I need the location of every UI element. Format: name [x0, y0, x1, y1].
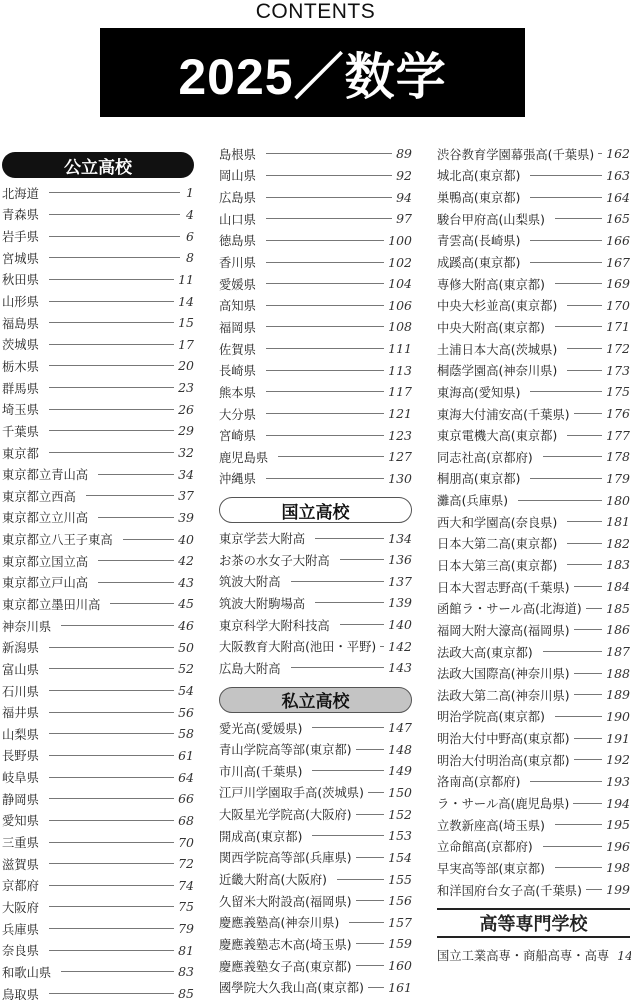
- toc-entry[interactable]: 高知県106: [219, 294, 412, 316]
- public-list-b: 島根県89岡山県92広島県94山口県97徳島県100香川県102愛媛県104高知…: [219, 143, 412, 489]
- entry-name: 大分県: [219, 405, 256, 423]
- entry-name: 岡山県: [219, 166, 256, 184]
- toc-entry[interactable]: 駿台甲府高(山梨県)165: [437, 208, 630, 230]
- entry-page-number: 11: [178, 272, 194, 287]
- toc-entry[interactable]: 大阪星光学院高(大阪府)152: [219, 803, 412, 825]
- toc-entry[interactable]: 鹿児島県127: [219, 446, 412, 468]
- toc-entry[interactable]: 宮城県8: [2, 247, 194, 269]
- toc-entry[interactable]: 山梨県58: [2, 723, 194, 745]
- toc-entry[interactable]: 明治大付明治高(東京都)192: [437, 749, 630, 771]
- leader-line: [356, 965, 385, 966]
- toc-entry[interactable]: 東京学芸大附高134: [219, 527, 412, 549]
- entry-page-number: 198: [606, 860, 630, 875]
- entry-page-number: 42: [178, 553, 194, 568]
- toc-entry[interactable]: 福岡県108: [219, 316, 412, 338]
- toc-entry[interactable]: 福井県56: [2, 701, 194, 723]
- entry-page-number: 46: [178, 618, 194, 633]
- entry-name: 和歌山県: [2, 963, 51, 981]
- toc-entry[interactable]: 慶應義塾高(神奈川県)157: [219, 912, 412, 934]
- toc-entry[interactable]: 青山学院高等部(東京都)148: [219, 738, 412, 760]
- leader-line: [266, 262, 384, 263]
- leader-line: [49, 322, 174, 323]
- entry-page-number: 187: [606, 644, 630, 659]
- entry-page-number: 85: [178, 986, 194, 1000]
- toc-entry[interactable]: 大分県121: [219, 403, 412, 425]
- entry-page-number: 104: [388, 276, 412, 291]
- entry-name: 茨城県: [2, 335, 39, 353]
- entry-name: 立命館高(京都府): [437, 837, 533, 855]
- entry-name: 石川県: [2, 682, 39, 700]
- private-list-b: 渋谷教育学園幕張高(千葉県)162城北高(東京都)163巣鴨高(東京都)164駿…: [437, 143, 630, 900]
- toc-entry[interactable]: 長崎県113: [219, 359, 412, 381]
- kosen-list: 国立工業高専・商船高専・高専145: [437, 944, 630, 966]
- leader-line: [356, 814, 385, 815]
- leader-line: [49, 236, 180, 237]
- entry-name: 関西学院高等部(兵庫県): [219, 848, 352, 866]
- entry-page-number: 154: [388, 850, 412, 865]
- toc-entry[interactable]: 関西学院高等部(兵庫県)154: [219, 847, 412, 869]
- toc-entry[interactable]: 徳島県100: [219, 230, 412, 252]
- entry-name: 長崎県: [219, 361, 256, 379]
- toc-entry[interactable]: 和洋国府台女子高(千葉県)199: [437, 879, 630, 901]
- entry-page-number: 83: [178, 964, 194, 979]
- entry-page-number: 50: [178, 640, 194, 655]
- entry-name: 東海大付浦安高(千葉県): [437, 405, 570, 423]
- entry-name: 愛媛県: [219, 275, 256, 293]
- toc-entry[interactable]: 東京都立八王子東高40: [2, 528, 194, 550]
- entry-page-number: 70: [178, 835, 194, 850]
- toc-entry[interactable]: 神奈川県46: [2, 615, 194, 637]
- toc-entry[interactable]: 専修大附高(東京都)169: [437, 273, 630, 295]
- entry-name: 久留米大附設高(福岡県): [219, 892, 352, 910]
- entry-page-number: 184: [606, 579, 630, 594]
- entry-name: 桐朋高(東京都): [437, 469, 520, 487]
- toc-entry[interactable]: 富山県52: [2, 658, 194, 680]
- entry-name: 中央大杉並高(東京都): [437, 296, 557, 314]
- entry-page-number: 106: [388, 298, 412, 313]
- toc-entry[interactable]: 日本大第二高(東京都)182: [437, 533, 630, 555]
- leader-line: [555, 716, 602, 717]
- toc-entry[interactable]: 東京都32: [2, 442, 194, 464]
- entry-page-number: 89: [396, 146, 412, 161]
- toc-entry[interactable]: 茨城県17: [2, 333, 194, 355]
- toc-entry[interactable]: 市川高(千葉県)149: [219, 760, 412, 782]
- entry-name: 熊本県: [219, 383, 256, 401]
- entry-page-number: 172: [606, 341, 630, 356]
- toc-entry[interactable]: 成蹊高(東京都)167: [437, 251, 630, 273]
- toc-entry[interactable]: 大阪教育大附高(池田・平野)142: [219, 635, 412, 657]
- leader-line: [49, 755, 174, 756]
- toc-entry[interactable]: 岡山県92: [219, 165, 412, 187]
- entry-name: 静岡県: [2, 790, 39, 808]
- leader-line: [530, 781, 602, 782]
- entry-page-number: 130: [388, 471, 412, 486]
- toc-entry[interactable]: 三重県70: [2, 831, 194, 853]
- entry-page-number: 100: [388, 233, 412, 248]
- toc-entry[interactable]: 千葉県29: [2, 420, 194, 442]
- leader-line: [49, 344, 174, 345]
- leader-line: [555, 218, 602, 219]
- toc-entry[interactable]: 國學院大久我山高(東京都)161: [219, 976, 412, 998]
- entry-page-number: 180: [606, 493, 630, 508]
- entry-name: 専修大附高(東京都): [437, 275, 545, 293]
- section-header-public: 公立高校: [2, 152, 194, 178]
- leader-line: [98, 560, 174, 561]
- entry-name: 明治大付明治高(東京都): [437, 751, 570, 769]
- toc-entry[interactable]: 法政大高(東京都)187: [437, 641, 630, 663]
- toc-entry[interactable]: 慶應義塾女子高(東京都)160: [219, 955, 412, 977]
- entry-name: 筑波大附駒場高: [219, 594, 305, 612]
- leader-line: [567, 521, 602, 522]
- toc-entry[interactable]: 和歌山県83: [2, 961, 194, 983]
- leader-line: [291, 667, 385, 668]
- leader-line: [356, 900, 385, 901]
- leader-line: [530, 391, 602, 392]
- leader-line: [555, 867, 602, 868]
- entry-name: 慶應義塾高(神奈川県): [219, 913, 339, 931]
- leader-line: [49, 906, 174, 907]
- toc-entry[interactable]: 佐賀県111: [219, 338, 412, 360]
- toc-entry[interactable]: 筑波大附高137: [219, 571, 412, 593]
- leader-line: [49, 712, 174, 713]
- toc-entry[interactable]: 新潟県50: [2, 636, 194, 658]
- entry-name: 東京電機大高(東京都): [437, 426, 557, 444]
- toc-entry[interactable]: 青森県4: [2, 204, 194, 226]
- leader-line: [49, 842, 174, 843]
- toc-entry[interactable]: 宮崎県123: [219, 424, 412, 446]
- toc-entry[interactable]: 東京都立戸山高43: [2, 572, 194, 594]
- leader-line: [61, 971, 174, 972]
- toc-entry[interactable]: 江戸川学園取手高(茨城県)150: [219, 782, 412, 804]
- entry-page-number: 140: [388, 617, 412, 632]
- leader-line: [312, 835, 384, 836]
- entry-name: 佐賀県: [219, 340, 256, 358]
- entry-name: 愛光高(愛媛県): [219, 719, 302, 737]
- entry-name: 城北高(東京都): [437, 166, 520, 184]
- toc-entry[interactable]: 東京科学大附科技高140: [219, 614, 412, 636]
- entry-name: 灘高(兵庫県): [437, 491, 508, 509]
- entry-page-number: 97: [396, 211, 412, 226]
- leader-line: [315, 538, 384, 539]
- entry-name: 西大和学園高(奈良県): [437, 513, 557, 531]
- leader-line: [337, 879, 384, 880]
- entry-name: 慶應義塾女子高(東京都): [219, 957, 352, 975]
- toc-entry[interactable]: 早実高等部(東京都)198: [437, 857, 630, 879]
- toc-entry[interactable]: 法政大第二高(神奈川県)189: [437, 684, 630, 706]
- toc-entry[interactable]: 中央大附高(東京都)171: [437, 316, 630, 338]
- toc-entry[interactable]: 法政大国際高(神奈川県)188: [437, 662, 630, 684]
- entry-page-number: 92: [396, 168, 412, 183]
- toc-entry[interactable]: 東京都立西高37: [2, 485, 194, 507]
- toc-entry[interactable]: 洛南高(京都府)193: [437, 771, 630, 793]
- toc-entry[interactable]: 香川県102: [219, 251, 412, 273]
- toc-entry[interactable]: 青雲高(長崎県)166: [437, 230, 630, 252]
- entry-page-number: 39: [178, 510, 194, 525]
- entry-name: 広島大附高: [219, 659, 281, 677]
- entry-name: 香川県: [219, 253, 256, 271]
- entry-page-number: 117: [388, 384, 412, 399]
- leader-line: [543, 846, 602, 847]
- entry-name: 岐阜県: [2, 768, 39, 786]
- leader-line: [567, 370, 602, 371]
- toc-entry[interactable]: 奈良県81: [2, 939, 194, 961]
- entry-page-number: 64: [178, 770, 194, 785]
- toc-entry[interactable]: 土浦日本大高(茨城県)172: [437, 338, 630, 360]
- column-1: 公立高校 北海道1青森県4岩手県6宮城県8秋田県11山形県14福島県15茨城県1…: [2, 152, 194, 1000]
- entry-page-number: 156: [388, 893, 412, 908]
- contents-label: CONTENTS: [0, 0, 631, 24]
- entry-name: 奈良県: [2, 941, 39, 959]
- entry-name: 鹿児島県: [219, 448, 268, 466]
- toc-entry[interactable]: 桐蔭学園高(神奈川県)173: [437, 359, 630, 381]
- column-2: 島根県89岡山県92広島県94山口県97徳島県100香川県102愛媛県104高知…: [219, 143, 412, 998]
- toc-entry[interactable]: 灘高(兵庫県)180: [437, 489, 630, 511]
- leader-line: [49, 647, 174, 648]
- leader-line: [567, 305, 602, 306]
- entry-name: 千葉県: [2, 422, 39, 440]
- entry-name: 福井県: [2, 703, 39, 721]
- toc-entry[interactable]: 中央大杉並高(東京都)170: [437, 294, 630, 316]
- toc-entry[interactable]: 岐阜県64: [2, 766, 194, 788]
- entry-page-number: 139: [388, 595, 412, 610]
- entry-page-number: 195: [606, 817, 630, 832]
- leader-line: [49, 279, 174, 280]
- leader-line: [49, 993, 174, 994]
- toc-entry[interactable]: 東海大付浦安高(千葉県)176: [437, 403, 630, 425]
- entry-page-number: 75: [178, 899, 194, 914]
- toc-entry[interactable]: 熊本県117: [219, 381, 412, 403]
- entry-name: 愛知県: [2, 811, 39, 829]
- toc-entry[interactable]: 立教新座高(埼玉県)195: [437, 814, 630, 836]
- entry-name: 洛南高(京都府): [437, 772, 520, 790]
- entry-name: 大阪府: [2, 898, 39, 916]
- entry-name: 中央大附高(東京都): [437, 318, 545, 336]
- toc-entry[interactable]: 山口県97: [219, 208, 412, 230]
- entry-name: 鳥取県: [2, 985, 39, 1000]
- entry-name: 明治学院高(東京都): [437, 707, 545, 725]
- toc-entry[interactable]: 東京都立墨田川高45: [2, 593, 194, 615]
- entry-name: 桐蔭学園高(神奈川県): [437, 361, 557, 379]
- toc-entry[interactable]: 京都府74: [2, 875, 194, 897]
- entry-name: 福岡県: [219, 318, 256, 336]
- entry-page-number: 176: [606, 406, 630, 421]
- entry-page-number: 102: [388, 255, 412, 270]
- toc-entry[interactable]: 兵庫県79: [2, 918, 194, 940]
- entry-name: 東京都立国立高: [2, 552, 88, 570]
- leader-line: [98, 517, 174, 518]
- toc-entry[interactable]: 巣鴨高(東京都)164: [437, 186, 630, 208]
- toc-entry[interactable]: 東京都立立川高39: [2, 507, 194, 529]
- entry-name: 東京都立西高: [2, 487, 76, 505]
- leader-line: [567, 543, 602, 544]
- toc-entry[interactable]: 山形県14: [2, 290, 194, 312]
- entry-name: 東京科学大附科技高: [219, 616, 330, 634]
- toc-entry[interactable]: 石川県54: [2, 680, 194, 702]
- toc-entry[interactable]: 城北高(東京都)163: [437, 165, 630, 187]
- toc-entry[interactable]: 愛知県68: [2, 810, 194, 832]
- toc-entry[interactable]: 広島大附高143: [219, 657, 412, 679]
- page-title: 2025／数学: [178, 37, 446, 109]
- toc-entry[interactable]: 近畿大附高(大阪府)155: [219, 868, 412, 890]
- entry-name: 巣鴨高(東京都): [437, 188, 520, 206]
- leader-line: [266, 175, 392, 176]
- leader-line: [86, 495, 174, 496]
- entry-name: 徳島県: [219, 231, 256, 249]
- entry-name: 長野県: [2, 746, 39, 764]
- leader-line: [266, 413, 384, 414]
- toc-entry[interactable]: 滋賀県72: [2, 853, 194, 875]
- entry-page-number: 121: [388, 406, 412, 421]
- toc-entry[interactable]: 埼玉県26: [2, 398, 194, 420]
- entry-page-number: 142: [388, 639, 412, 654]
- entry-page-number: 192: [606, 752, 630, 767]
- toc-entry[interactable]: 福岡大附大濠高(福岡県)186: [437, 619, 630, 641]
- leader-line: [49, 365, 174, 366]
- entry-name: 近畿大附高(大阪府): [219, 870, 327, 888]
- toc-entry[interactable]: 愛媛県104: [219, 273, 412, 295]
- leader-line: [266, 240, 384, 241]
- toc-entry[interactable]: 渋谷教育学園幕張高(千葉県)162: [437, 143, 630, 165]
- entry-page-number: 153: [388, 828, 412, 843]
- toc-entry[interactable]: 島根県89: [219, 143, 412, 165]
- entry-name: 大阪教育大附高(池田・平野): [219, 637, 376, 655]
- entry-page-number: 162: [606, 146, 630, 161]
- column-3: 渋谷教育学園幕張高(千葉県)162城北高(東京都)163巣鴨高(東京都)164駿…: [437, 143, 630, 966]
- entry-page-number: 108: [388, 319, 412, 334]
- entry-page-number: 163: [606, 168, 630, 183]
- toc-entry[interactable]: 東京都立青山高34: [2, 463, 194, 485]
- toc-entry[interactable]: 長野県61: [2, 745, 194, 767]
- toc-entry[interactable]: 筑波大附駒場高139: [219, 592, 412, 614]
- entry-page-number: 40: [178, 532, 194, 547]
- leader-line: [278, 456, 384, 457]
- entry-name: 青森県: [2, 205, 39, 223]
- entry-name: 新潟県: [2, 638, 39, 656]
- entry-page-number: 54: [178, 683, 194, 698]
- entry-name: 神奈川県: [2, 617, 51, 635]
- section-header-kosen: 高等専門学校: [437, 908, 630, 938]
- leader-line: [530, 175, 602, 176]
- toc-entry[interactable]: 東京電機大高(東京都)177: [437, 424, 630, 446]
- entry-name: 北海道: [2, 184, 39, 202]
- toc-entry[interactable]: 大阪府75: [2, 896, 194, 918]
- toc-entry[interactable]: 明治学院高(東京都)190: [437, 706, 630, 728]
- entry-name: 国立工業高専・商船高専・高専: [437, 946, 609, 964]
- toc-entry[interactable]: 東海高(愛知県)175: [437, 381, 630, 403]
- entry-page-number: 188: [606, 666, 630, 681]
- toc-entry[interactable]: 久留米大附設高(福岡県)156: [219, 890, 412, 912]
- toc-entry[interactable]: ラ・サール高(鹿児島県)194: [437, 792, 630, 814]
- entry-page-number: 68: [178, 813, 194, 828]
- toc-entry[interactable]: 広島県94: [219, 186, 412, 208]
- leader-line: [266, 153, 392, 154]
- leader-line: [123, 539, 174, 540]
- entry-page-number: 23: [178, 380, 194, 395]
- toc-entry[interactable]: 開成高(東京都)153: [219, 825, 412, 847]
- entry-name: 渋谷教育学園幕張高(千葉県): [437, 145, 594, 163]
- leader-line: [340, 624, 384, 625]
- entry-name: ラ・サール高(鹿児島県): [437, 794, 569, 812]
- toc-entry[interactable]: 栃木県20: [2, 355, 194, 377]
- toc-entry[interactable]: 秋田県11: [2, 269, 194, 291]
- leader-line: [573, 803, 602, 804]
- leader-line: [98, 474, 174, 475]
- toc-entry[interactable]: 同志社高(京都府)178: [437, 446, 630, 468]
- leader-line: [555, 326, 602, 327]
- entry-page-number: 127: [388, 449, 412, 464]
- entry-name: 明治大付中野高(東京都): [437, 729, 570, 747]
- entry-page-number: 147: [388, 720, 412, 735]
- entry-page-number: 72: [178, 856, 194, 871]
- entry-name: 島根県: [219, 145, 256, 163]
- entry-name: 江戸川学園取手高(茨城県): [219, 783, 364, 801]
- leader-line: [49, 452, 174, 453]
- leader-line: [110, 603, 174, 604]
- entry-page-number: 4: [184, 207, 194, 222]
- leader-line: [49, 777, 174, 778]
- entry-name: 高知県: [219, 296, 256, 314]
- toc-entry[interactable]: 西大和学園高(奈良県)181: [437, 511, 630, 533]
- toc-entry[interactable]: 東京都立国立高42: [2, 550, 194, 572]
- toc-entry[interactable]: 慶應義塾志木高(埼玉県)159: [219, 933, 412, 955]
- section-header-private: 私立高校: [219, 687, 412, 713]
- entry-page-number: 145: [617, 948, 631, 963]
- public-list-a: 北海道1青森県4岩手県6宮城県8秋田県11山形県14福島県15茨城県17栃木県2…: [2, 182, 194, 1000]
- toc-entry[interactable]: 静岡県66: [2, 788, 194, 810]
- toc-entry[interactable]: 福島県15: [2, 312, 194, 334]
- entry-name: 富山県: [2, 660, 39, 678]
- toc-entry[interactable]: 北海道1: [2, 182, 194, 204]
- entry-name: 慶應義塾志木高(埼玉県): [219, 935, 352, 953]
- leader-line: [49, 820, 174, 821]
- entry-page-number: 134: [388, 531, 412, 546]
- toc-entry[interactable]: 岩手県6: [2, 225, 194, 247]
- toc-entry[interactable]: お茶の水女子大附高136: [219, 549, 412, 571]
- toc-entry[interactable]: 沖縄県130: [219, 468, 412, 490]
- toc-entry[interactable]: 国立工業高専・商船高専・高専145: [437, 944, 630, 966]
- toc-entry[interactable]: 桐朋高(東京都)179: [437, 468, 630, 490]
- leader-line: [315, 602, 384, 603]
- toc-entry[interactable]: 日本大第三高(東京都)183: [437, 554, 630, 576]
- entry-name: 法政大国際高(神奈川県): [437, 664, 570, 682]
- toc-entry[interactable]: 鳥取県85: [2, 983, 194, 1000]
- toc-entry[interactable]: 函館ラ・サール高(北海道)185: [437, 597, 630, 619]
- entry-name: 東京都立墨田川高: [2, 595, 100, 613]
- toc-entry[interactable]: 日本大習志野高(千葉県)184: [437, 576, 630, 598]
- entry-name: 東京都立八王子東高: [2, 530, 113, 548]
- entry-name: 成蹊高(東京都): [437, 253, 520, 271]
- toc-entry[interactable]: 群馬県23: [2, 377, 194, 399]
- toc-entry[interactable]: 明治大付中野高(東京都)191: [437, 727, 630, 749]
- leader-line: [266, 283, 384, 284]
- entry-name: 沖縄県: [219, 469, 256, 487]
- entry-page-number: 1: [184, 185, 194, 200]
- toc-entry[interactable]: 愛光高(愛媛県)147: [219, 717, 412, 739]
- leader-line: [266, 478, 384, 479]
- entry-page-number: 159: [388, 936, 412, 951]
- leader-line: [49, 885, 174, 886]
- entry-page-number: 52: [178, 661, 194, 676]
- toc-entry[interactable]: 立命館高(京都府)196: [437, 836, 630, 858]
- entry-name: 駿台甲府高(山梨県): [437, 210, 545, 228]
- private-list-a: 愛光高(愛媛県)147青山学院高等部(東京都)148市川高(千葉県)149江戸川…: [219, 717, 412, 998]
- entry-name: 早実高等部(東京都): [437, 859, 545, 877]
- section-header-national: 国立高校: [219, 497, 412, 523]
- leader-line: [380, 646, 384, 647]
- entry-name: 山形県: [2, 292, 39, 310]
- entry-name: 同志社高(京都府): [437, 448, 533, 466]
- entry-page-number: 61: [178, 748, 194, 763]
